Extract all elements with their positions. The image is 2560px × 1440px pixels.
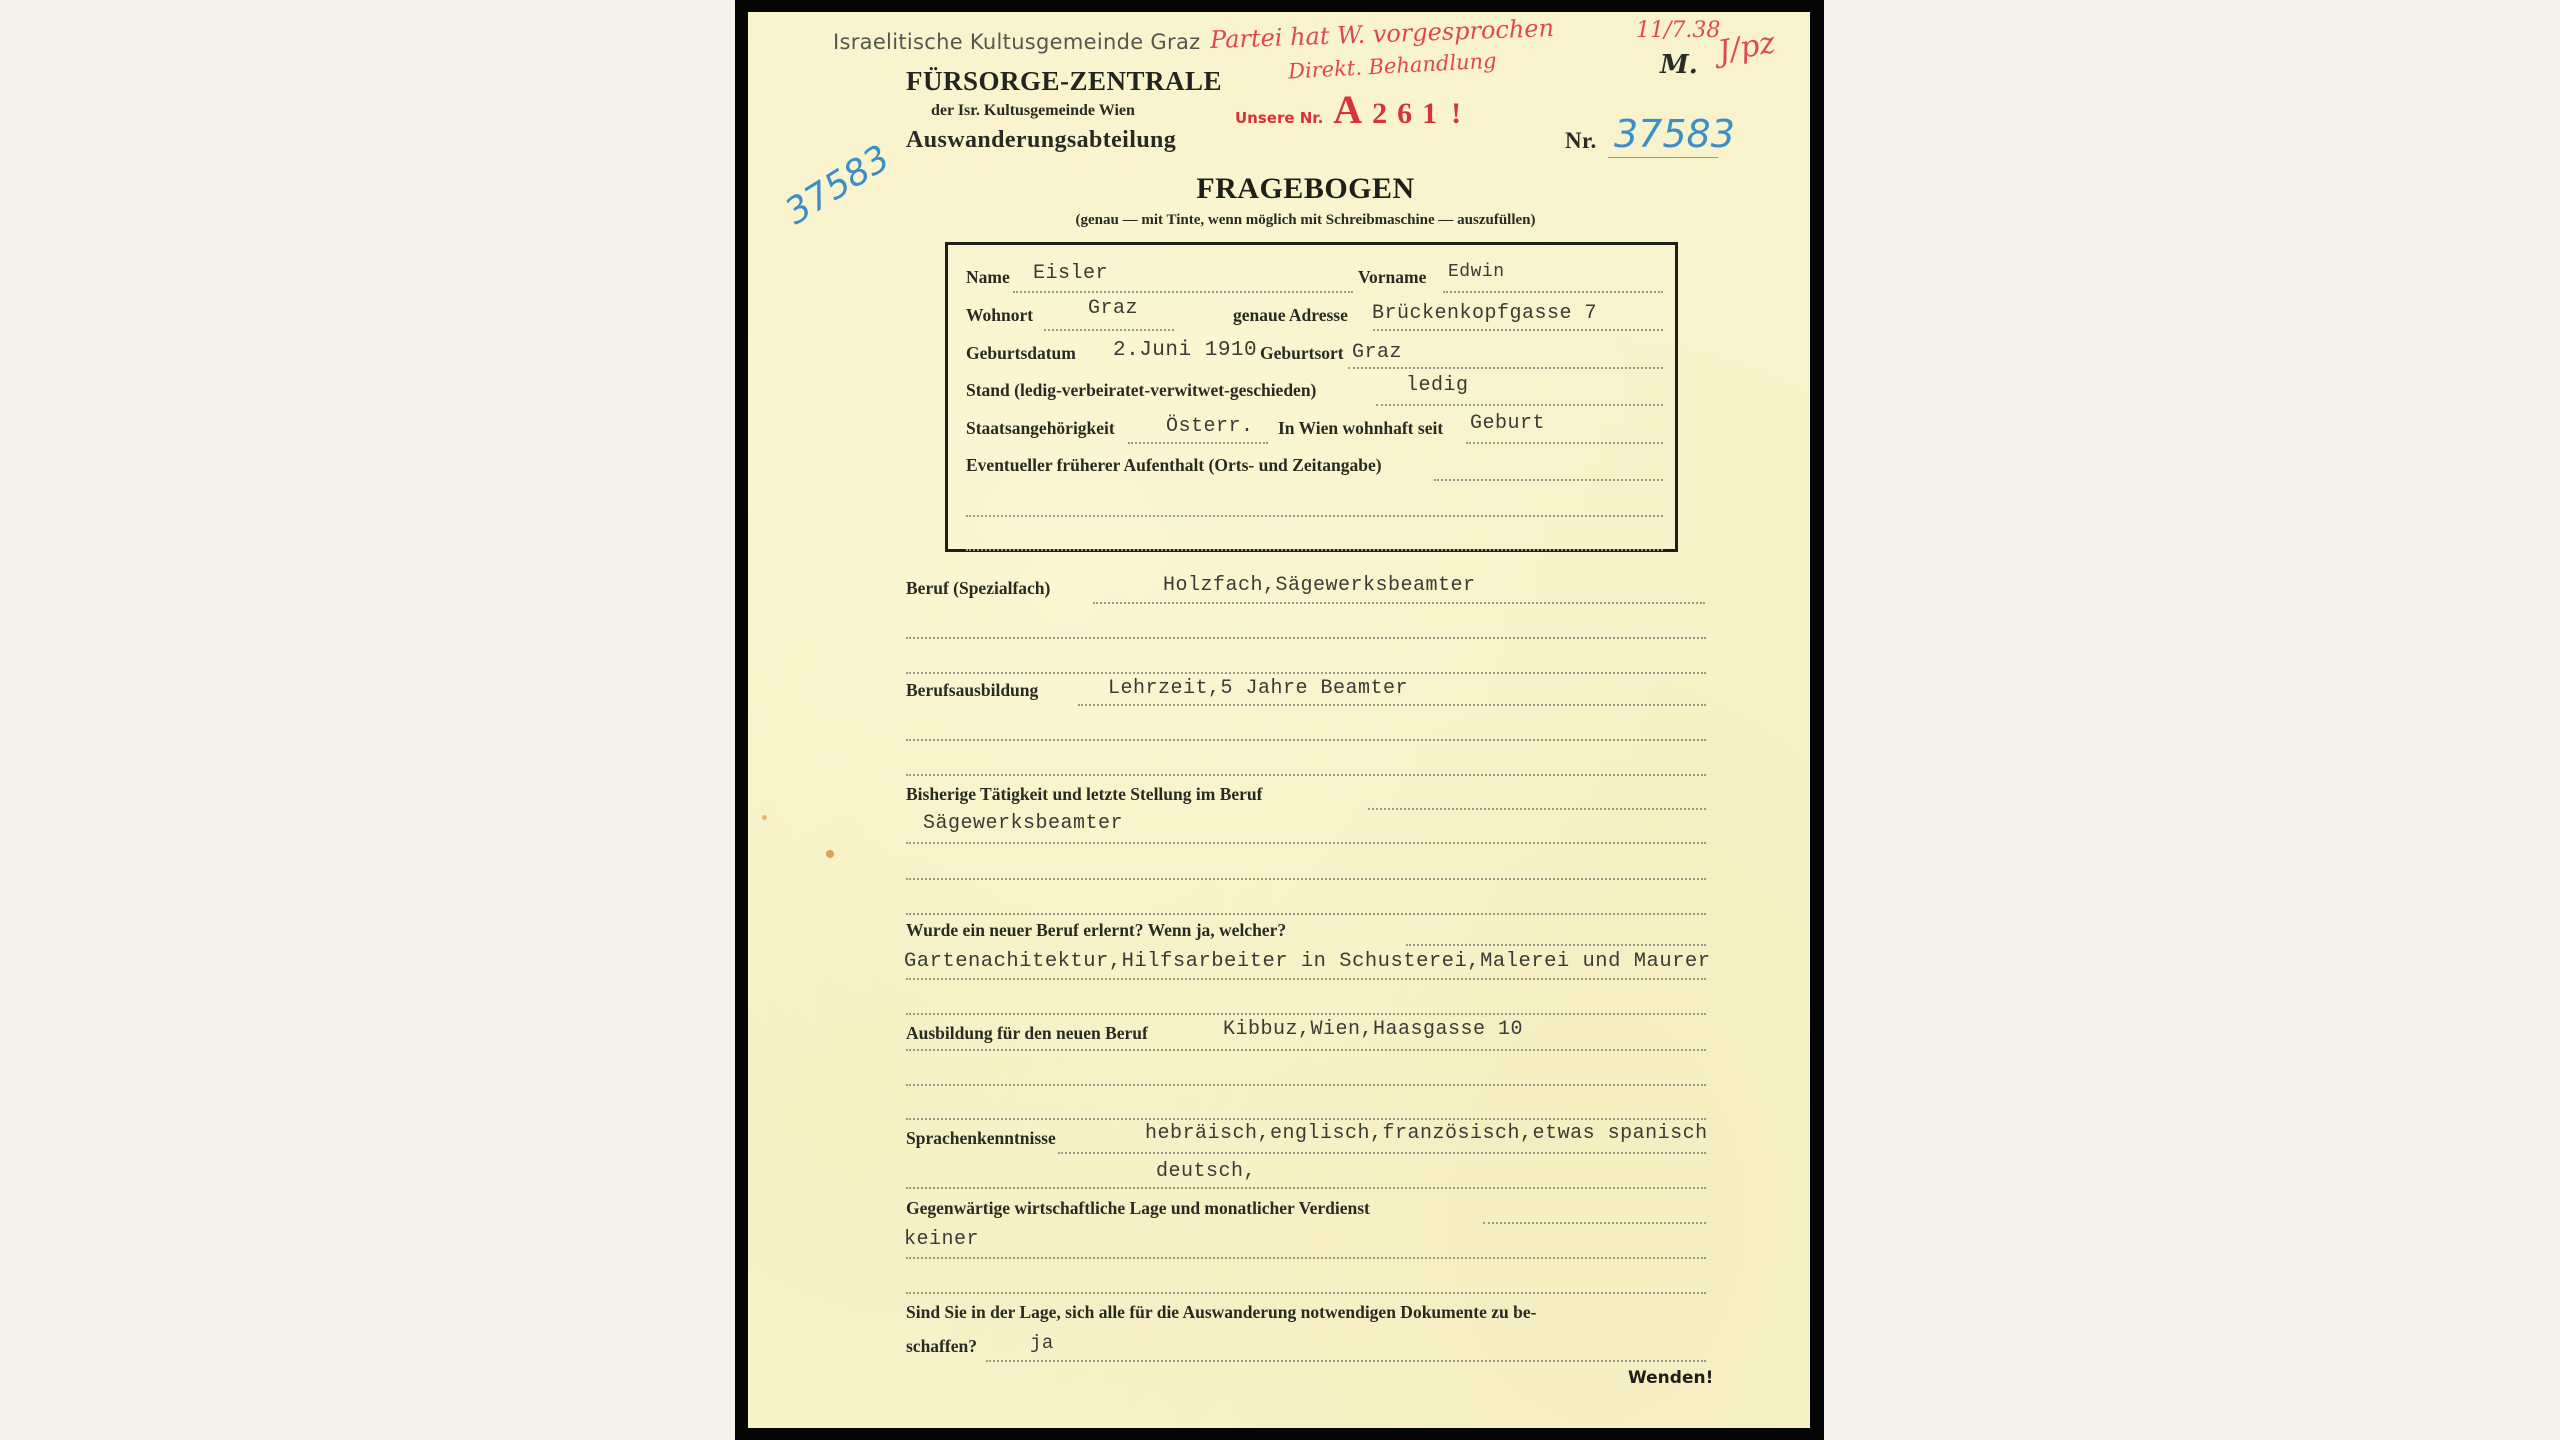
staatsangehoerigkeit-field[interactable]: Österr. xyxy=(1166,415,1254,438)
bisherige-taetigkeit-line-1 xyxy=(1368,808,1706,810)
handwritten-note-line1: Partei hat W. vorgesprochen xyxy=(1210,14,1555,54)
stand-line xyxy=(1376,404,1663,406)
berufsausbildung-line-3 xyxy=(906,774,1706,776)
nr-label: Nr. xyxy=(1565,128,1597,154)
wien-wohnhaft-line xyxy=(1466,442,1663,444)
neuer-beruf-line-3 xyxy=(906,1013,1706,1015)
wohnort-field[interactable]: Graz xyxy=(1088,297,1138,320)
questionnaire-page: Israelitische Kultusgemeinde Graz FÜRSOR… xyxy=(748,12,1810,1428)
stain-spot xyxy=(762,815,767,820)
neuer-beruf-line-1 xyxy=(1406,944,1706,946)
dokumente-label-line1: Sind Sie in der Lage, sich alle für die … xyxy=(906,1302,1536,1323)
beruf-label: Beruf (Spezialfach) xyxy=(906,578,1050,599)
handwritten-initials-red: J/pz xyxy=(1715,25,1777,69)
aufenthalt-line-2 xyxy=(966,515,1663,517)
turn-over-note: Wenden! xyxy=(1628,1368,1713,1388)
vorname-label: Vorname xyxy=(1358,267,1426,288)
wirtschaftliche-lage-label: Gegenwärtige wirtschaftliche Lage und mo… xyxy=(906,1198,1370,1219)
sprachen-field-line1[interactable]: hebräisch,englisch,französisch,etwas spa… xyxy=(1145,1122,1708,1145)
neuer-beruf-ausbildung-line-1 xyxy=(906,1049,1706,1051)
org-name: FÜRSORGE-ZENTRALE xyxy=(906,66,1222,97)
bisherige-taetigkeit-line-2 xyxy=(906,842,1706,844)
handwritten-note-line2: Direkt. Behandlung xyxy=(1288,49,1498,84)
wirtschaftliche-lage-line-2 xyxy=(906,1257,1706,1259)
geburtsort-line xyxy=(1348,367,1663,369)
adresse-line xyxy=(1373,329,1663,331)
neuer-beruf-ausbildung-field[interactable]: Kibbuz,Wien,Haasgasse 10 xyxy=(1223,1018,1523,1041)
beruf-line-1 xyxy=(1093,602,1705,604)
form-subtitle: (genau — mit Tinte, wenn möglich mit Sch… xyxy=(748,212,1810,229)
adresse-label: genaue Adresse xyxy=(1233,305,1348,326)
neuer-beruf-field[interactable]: Gartenachitektur,Hilfsarbeiter in Schust… xyxy=(904,950,1711,973)
handwritten-initials-black: M. xyxy=(1660,50,1698,80)
reference-stamp-prefix: A xyxy=(1333,87,1362,132)
wohnort-label: Wohnort xyxy=(966,305,1033,326)
name-label: Name xyxy=(966,267,1010,288)
dokumente-label-line2: schaffen? xyxy=(906,1336,977,1357)
berufsausbildung-field[interactable]: Lehrzeit,5 Jahre Beamter xyxy=(1108,677,1408,700)
wohnort-line xyxy=(1044,329,1174,331)
bisherige-taetigkeit-line-3 xyxy=(906,878,1706,880)
bisherige-taetigkeit-field[interactable]: Sägewerksbeamter xyxy=(923,812,1123,835)
beruf-field[interactable]: Holzfach,Sägewerksbeamter xyxy=(1163,574,1476,597)
reference-stamp: Unsere Nr. A 261 ! xyxy=(1235,86,1461,133)
sprachen-field-line2[interactable]: deutsch, xyxy=(1156,1160,1256,1183)
sprachen-label: Sprachenkenntnisse xyxy=(906,1128,1056,1149)
vorname-line xyxy=(1443,291,1663,293)
geburtsort-field[interactable]: Graz xyxy=(1352,341,1402,364)
sprachen-line-2 xyxy=(906,1187,1706,1189)
neuer-beruf-label: Wurde ein neuer Beruf erlernt? Wenn ja, … xyxy=(906,920,1286,941)
stamp-kultusgemeinde-graz: Israelitische Kultusgemeinde Graz xyxy=(833,30,1200,54)
org-subtitle: der Isr. Kultusgemeinde Wien xyxy=(931,102,1135,120)
stain-spot xyxy=(826,850,834,858)
nr-underline xyxy=(1608,157,1718,158)
handwritten-date: 11/7.38 xyxy=(1636,18,1720,43)
wirtschaftliche-lage-line-3 xyxy=(906,1292,1706,1294)
aufenthalt-label: Eventueller früherer Aufenthalt (Orts- u… xyxy=(966,455,1382,476)
aufenthalt-line-1 xyxy=(1434,479,1663,481)
neuer-beruf-ausbildung-line-2 xyxy=(906,1084,1706,1086)
bisherige-taetigkeit-label: Bisherige Tätigkeit und letzte Stellung … xyxy=(906,784,1262,805)
berufsausbildung-line-2 xyxy=(906,739,1706,741)
dokumente-field[interactable]: ja xyxy=(1030,1332,1054,1354)
geburtsdatum-label: Geburtsdatum xyxy=(966,343,1076,364)
berufsausbildung-line-1 xyxy=(1078,704,1706,706)
berufsausbildung-label: Berufsausbildung xyxy=(906,680,1038,701)
sprachen-line-1 xyxy=(1058,1152,1706,1154)
wien-wohnhaft-label: In Wien wohnhaft seit xyxy=(1278,418,1443,439)
wien-wohnhaft-field[interactable]: Geburt xyxy=(1470,412,1545,435)
neuer-beruf-ausbildung-label: Ausbildung für den neuen Beruf xyxy=(906,1023,1148,1044)
vorname-field[interactable]: Edwin xyxy=(1448,262,1505,282)
wirtschaftliche-lage-line-1 xyxy=(1483,1222,1706,1224)
wirtschaftliche-lage-field[interactable]: keiner xyxy=(904,1228,979,1251)
geburtsdatum-field[interactable]: 2.Juni 1910 xyxy=(1113,339,1257,362)
name-field[interactable]: Eisler xyxy=(1033,262,1108,285)
adresse-field[interactable]: Brückenkopfgasse 7 xyxy=(1372,302,1597,325)
aufenthalt-line-3 xyxy=(966,549,1663,551)
staatsangehoerigkeit-line xyxy=(1128,442,1268,444)
reference-stamp-mark: ! xyxy=(1451,97,1461,130)
dokumente-line xyxy=(986,1360,1706,1362)
nr-handwritten-value: 37583 xyxy=(1614,112,1735,156)
geburtsort-label: Geburtsort xyxy=(1260,343,1344,364)
name-line xyxy=(1013,291,1353,293)
reference-stamp-label: Unsere Nr. xyxy=(1235,109,1323,127)
bisherige-taetigkeit-line-4 xyxy=(906,913,1706,915)
neuer-beruf-line-2 xyxy=(906,978,1706,980)
neuer-beruf-ausbildung-line-3 xyxy=(906,1118,1706,1120)
department-name: Auswanderungsabteilung xyxy=(906,127,1176,154)
stand-field[interactable]: ledig xyxy=(1406,374,1469,397)
staatsangehoerigkeit-label: Staatsangehörigkeit xyxy=(966,418,1115,439)
form-title: FRAGEBOGEN xyxy=(748,172,1810,206)
reference-stamp-number: 261 xyxy=(1372,97,1447,130)
stand-label: Stand (ledig-verbeiratet-verwitwet-gesch… xyxy=(966,380,1316,401)
beruf-line-2 xyxy=(906,637,1706,639)
beruf-line-3 xyxy=(906,672,1706,674)
